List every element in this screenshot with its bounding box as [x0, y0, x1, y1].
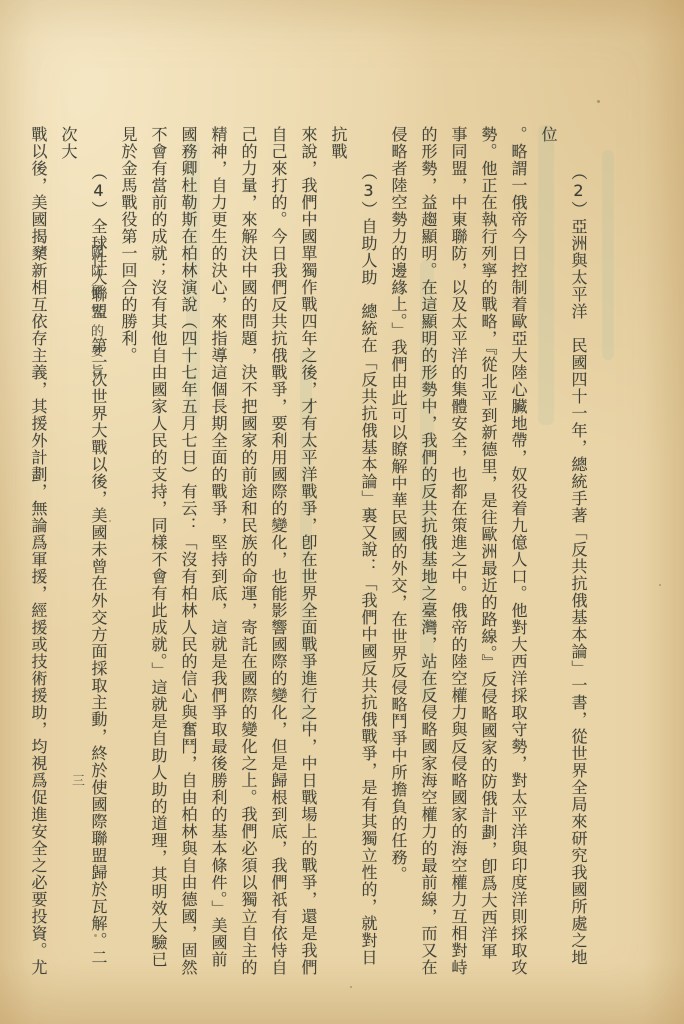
text-column: 己的力量，來解決中國的問題，決不把國家的前途和民族的命運，寄託在國際的變化之上。… — [233, 126, 263, 978]
text-column: 見於金馬戰役第一回合的勝利。 — [113, 126, 143, 978]
paper-stain — [602, 150, 614, 360]
text-column: 。略謂一俄帝今日控制着歐亞大陸心臟地帶，奴役着九億人口。他對大西洋採取守勢，對太… — [503, 126, 533, 978]
text-column: 勢。他正在執行列寧的戰略，『從北平到新德里，是往歐洲最近的路線。』反侵略國家的防… — [473, 126, 503, 978]
text-column: 國務卿杜勒斯在柏林演說（四十七年五月七日）有云：「沒有柏林人民的信心與奮鬥，自由… — [173, 126, 203, 978]
page-scan: （2）亞洲與太平洋 民國四十一年，總統手著「反共抗俄基本論」一書，從世界全局來研… — [0, 0, 684, 1024]
page-number: 三 — [72, 770, 85, 789]
paper-speck — [350, 986, 352, 988]
text-column: 戰以後，美國揭櫫新相互依存主義，其援外計劃，無論爲軍援，經援或技術援助，均視爲促… — [23, 126, 53, 978]
text-column: （2）亞洲與太平洋 民國四十一年，總統手著「反共抗俄基本論」一書，從世界全局來研… — [533, 126, 593, 978]
paper-speck — [597, 100, 600, 103]
text-column: 自己來打的。今日我們反共抗俄戰爭，要利用國際的變化，也能影響國際的變化，但是歸根… — [263, 126, 293, 978]
text-column: 精神，自力更生的決心，來指導這個長期全面的戰爭，堅持到底，這就是我們爭取最後勝利… — [203, 126, 233, 978]
text-column: 事同盟，中東聯防，以及太平洋的集體安全，也都在策進之中。俄帝的陸空權力與反侵略國… — [443, 126, 473, 978]
paper-speck — [659, 584, 661, 586]
text-column: 侵略者陸空勢力的邊緣上。」我們由此可以瞭解中華民國的外交，在世界反侵略鬥爭中所擔… — [383, 126, 413, 978]
text-column: 來說，我們中國單獨作戰四年之後，才有太平洋戰爭，卽在世界全面戰爭進行之中，中日戰… — [293, 126, 323, 978]
text-column: 的形勢，益趨顯明。在這顯明的形勢中，我們的反共抗俄基地之臺灣，站在反侵略國家海空… — [413, 126, 443, 978]
running-title: 國防研究的要旨 — [86, 244, 105, 384]
body-text-block: （2）亞洲與太平洋 民國四十一年，總統手著「反共抗俄基本論」一書，從世界全局來研… — [113, 126, 593, 978]
text-column: 不會有當前的成就；沒有其他自由國家人民的支持，同樣不會有此成就。」這就是自助人助… — [143, 126, 173, 978]
text-column: （3）自助人助 總統在「反共抗俄基本論」裏又說：「我們中國反共抗俄戰爭，是有其獨… — [323, 126, 383, 978]
